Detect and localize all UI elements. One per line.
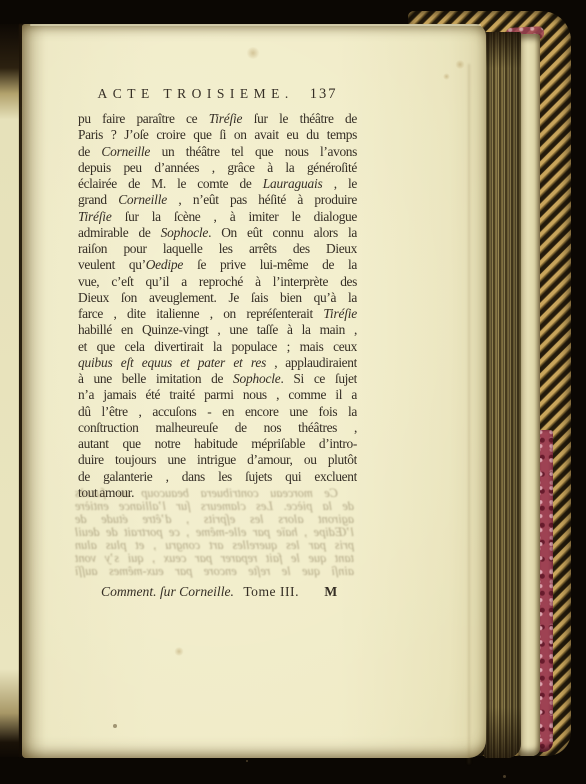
bleedthrough-line: pris par les querelles art congru , et p… [75, 539, 354, 552]
italic-phrase: Lauraguais [263, 176, 323, 191]
body-line: vue, c’eſt qu’il a reproché à l’interprè… [78, 274, 357, 290]
foxing-spot [455, 60, 465, 69]
body-line: raiſon pour laquelle les arrêts des Dieu… [78, 241, 357, 257]
foxing-spot [174, 647, 184, 656]
foxing-spot [246, 47, 260, 59]
body-line: Paris ? J’oſe croire que ſi on avait eu … [78, 127, 357, 143]
dust-speck [503, 775, 506, 778]
body-line: Dieux ſon aveuglement. Je ſais bien qu’à… [78, 290, 357, 306]
bleedthrough-line: ainſi que le reſte encore par eux-mêmes … [75, 565, 354, 578]
footer-volume: Tome III. [243, 584, 299, 599]
italic-phrase: Tiréſie [209, 111, 243, 126]
italic-phrase: Corneille [118, 192, 167, 207]
edge-shading [484, 32, 521, 758]
body-line: tout amour. [78, 485, 357, 501]
signature-mark: M [324, 584, 338, 599]
body-line: grand Corneille , n’eût pas héſité à pro… [78, 192, 357, 208]
body-line: depuis peu d’années , grâce à la généroſ… [78, 160, 357, 176]
body-line: dû l’être , accuſons - en encore une foi… [78, 404, 357, 420]
body-line: veulent qu’Oedipe ſe prive lui-même de l… [78, 257, 357, 273]
italic-phrase: Sophocle [233, 371, 280, 386]
body-line: de galanterie , dans les ſujets qui excl… [78, 469, 357, 485]
body-text: pu faire paraître ce Tiréſie ſur le théâ… [78, 111, 357, 501]
italic-phrase: Oedipe [146, 257, 183, 272]
page-footer: Comment. ſur Corneille. Tome III. M [101, 584, 338, 600]
bleedthrough-line: tant que le fait reparer par ceux , qui … [75, 552, 354, 565]
italic-phrase: Sophocle [161, 225, 208, 240]
italic-phrase: Tiréſie [323, 306, 357, 321]
page-block-edges [484, 32, 521, 758]
body-line: habillé en Quinze-vingt , une taſſe à la… [78, 322, 357, 338]
italic-phrase: Tiréſie [78, 209, 112, 224]
footer-catch-title: Comment. ſur Corneille. [101, 584, 234, 599]
foxing-spot [443, 73, 450, 80]
bleedthrough-line: l’Œdipe , haïe par elle-même , ce portra… [75, 526, 354, 539]
running-header: ACTE TROISIEME. 137 [78, 86, 357, 103]
body-line: quibus eſt equus et pater et res , appla… [78, 355, 357, 371]
bleedthrough-line: de la pièce. Les clameurs ſur l’alliance… [75, 500, 354, 513]
book-page: ACTE TROISIEME. 137 pu faire paraître ce… [22, 24, 486, 758]
body-line: admirable de Sophocle. On eût connu alor… [78, 225, 357, 241]
italic-phrase: Corneille [101, 144, 150, 159]
body-line: pu faire paraître ce Tiréſie ſur le théâ… [78, 111, 357, 127]
body-line: n’a jamais été traité parmi nous , comme… [78, 387, 357, 403]
book-photo: ACTE TROISIEME. 137 pu faire paraître ce… [0, 0, 586, 784]
body-line: conſtruction malheureuſe de nos théâtres… [78, 420, 357, 436]
body-line: éclairée de M. le comte de Lauraguais , … [78, 176, 357, 192]
body-line: et que cela divertirait la populace ; ma… [78, 339, 357, 355]
body-line: de Corneille un théâtre tel que nous l’a… [78, 144, 357, 160]
body-line: farce , dite italienne , on repréſentera… [78, 306, 357, 322]
facing-page-edge [0, 24, 19, 757]
body-line: duire toujours une intrigue d’amour, ou … [78, 452, 357, 468]
flyleaf-edge [518, 34, 540, 756]
body-line: à une belle imitation de Sophocle. Si ce… [78, 371, 357, 387]
body-line: Tiréſie ſur la ſcène , à imiter le dialo… [78, 209, 357, 225]
header-title: ACTE TROISIEME. [98, 86, 294, 102]
bleedthrough-line: agiront alors les eſprits , d’être étude… [75, 513, 354, 526]
foxing-spot [113, 724, 117, 728]
dust-speck [246, 760, 248, 762]
body-line: autant que notre habitude mépriſable d’i… [78, 436, 357, 452]
page-curve-shadow [468, 64, 470, 764]
italic-phrase: quibus eſt equus et pater et res [78, 355, 266, 370]
page-number: 137 [310, 86, 338, 103]
